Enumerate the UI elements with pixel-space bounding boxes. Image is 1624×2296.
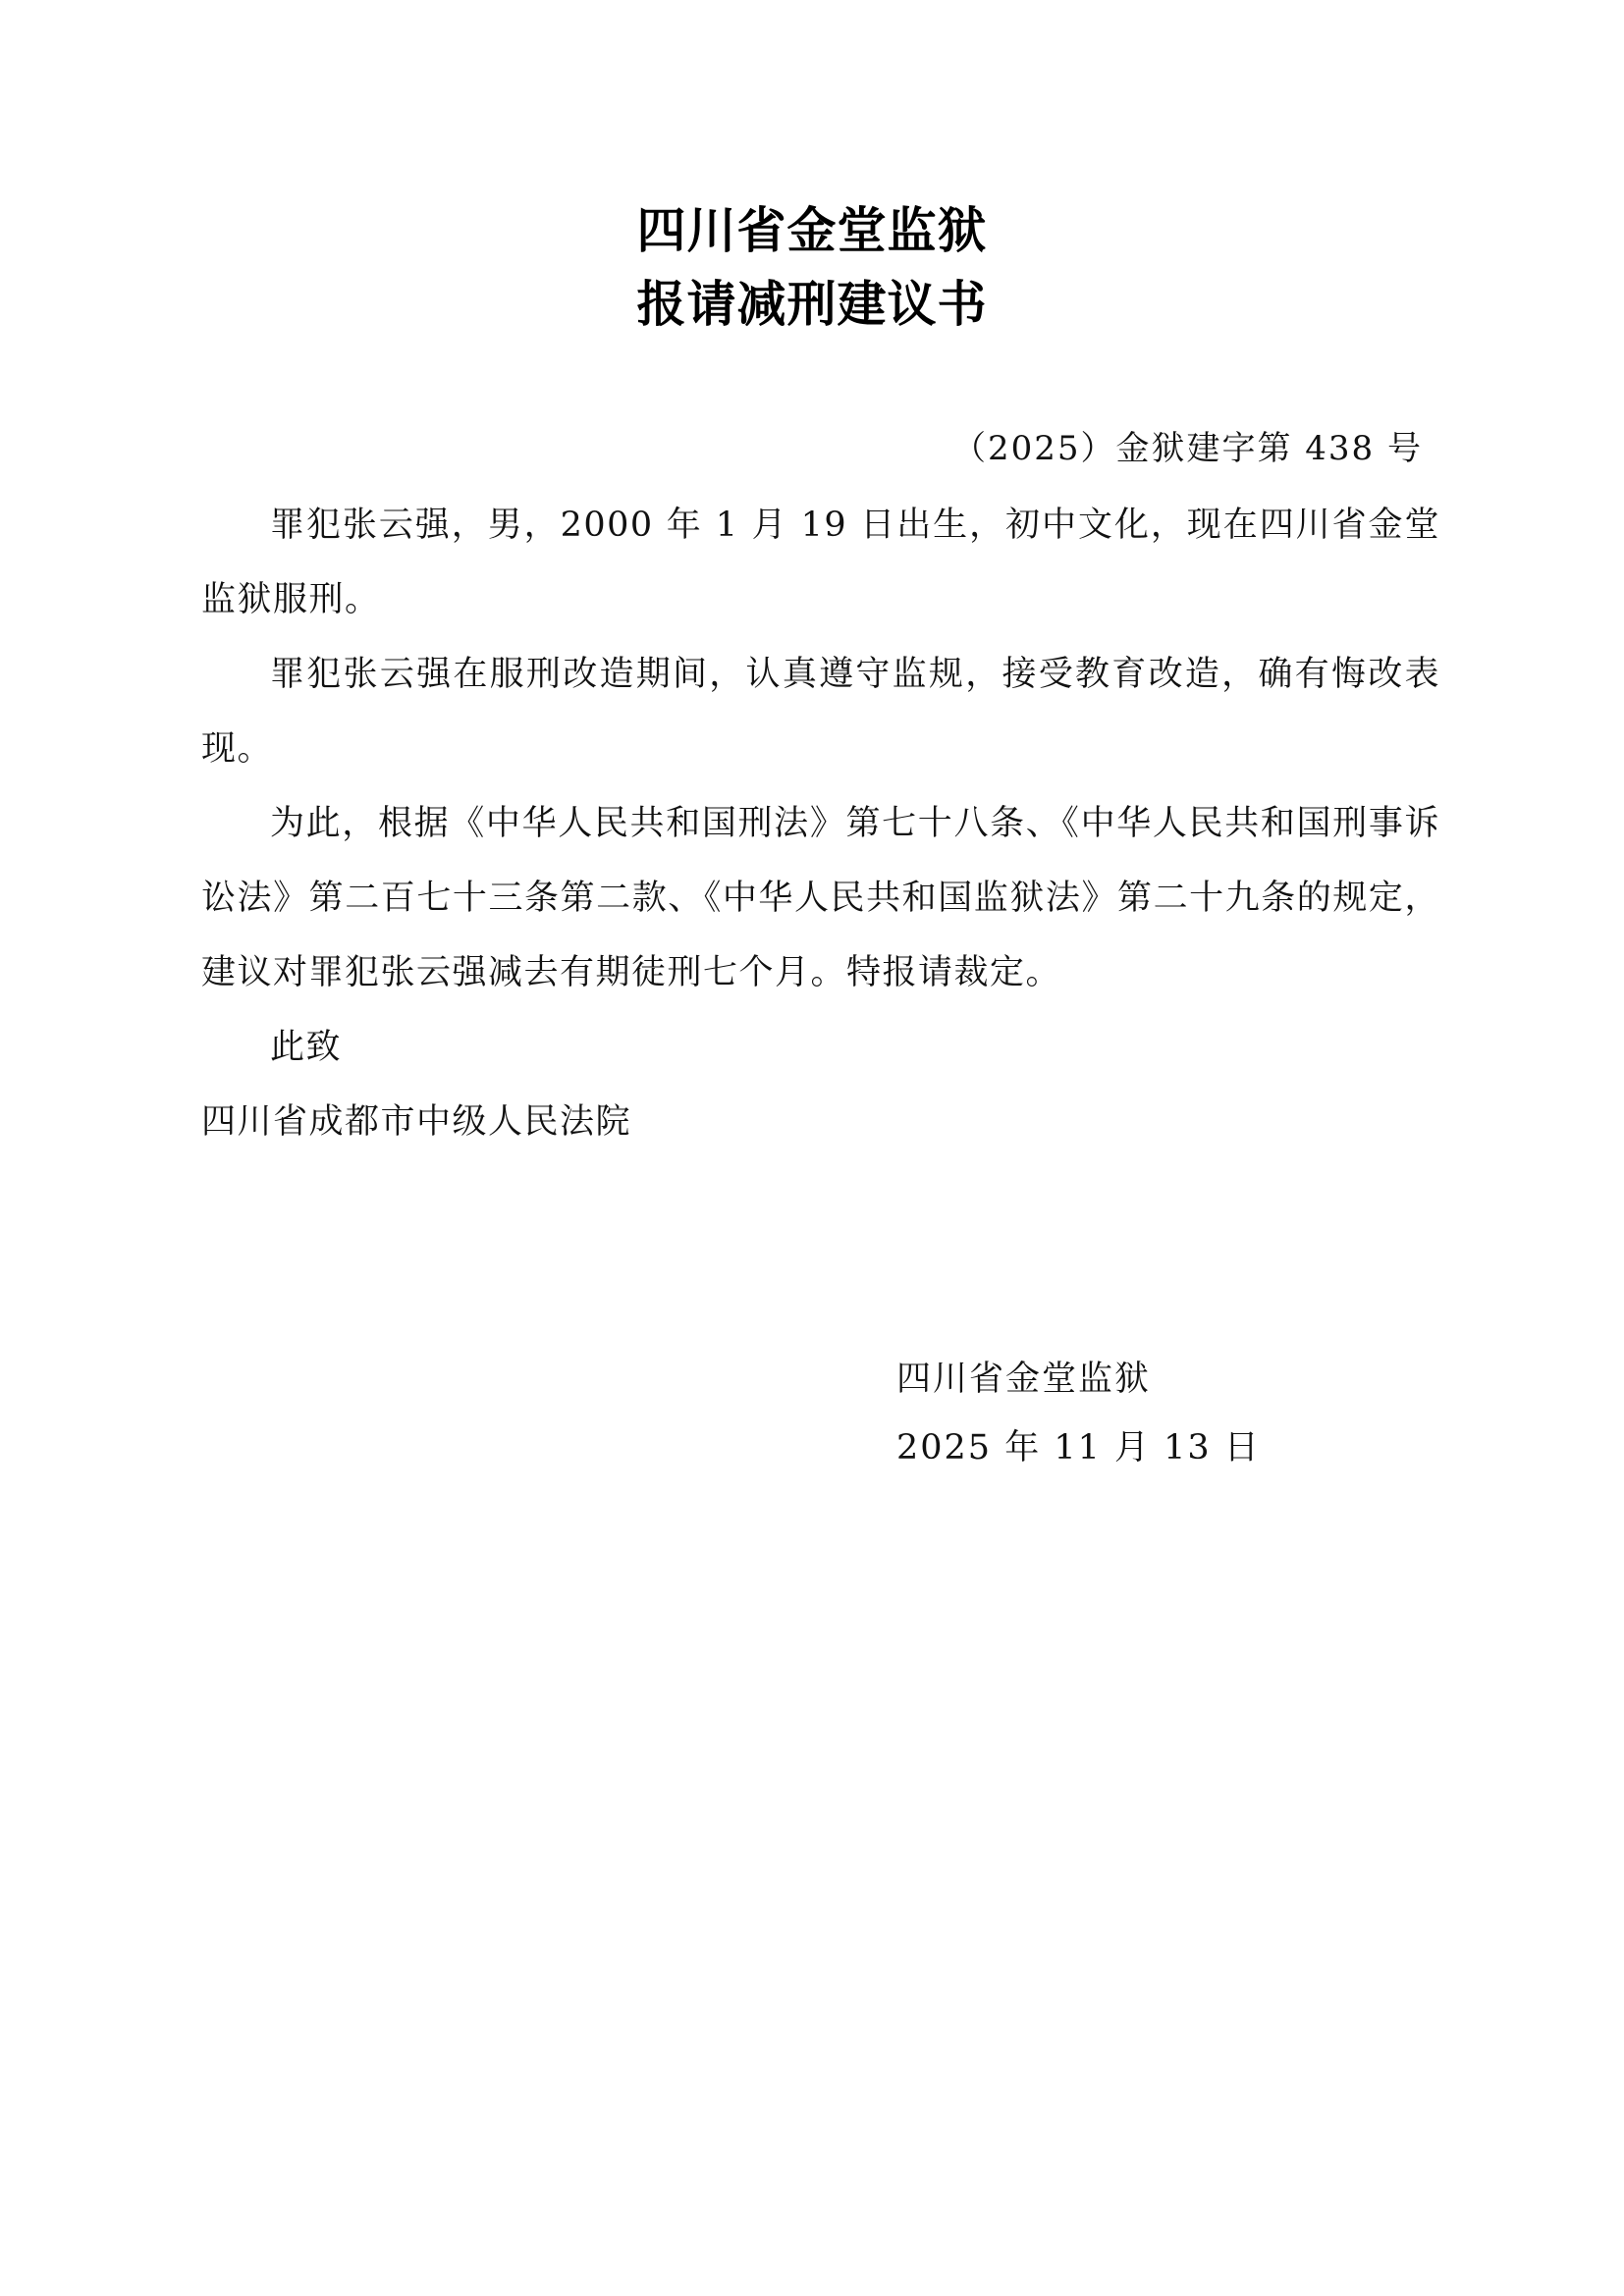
addressee: 四川省成都市中级人民法院 — [201, 1085, 1440, 1159]
closing-salutation: 此致 — [201, 1010, 1440, 1085]
document-page: 四川省金堂监狱 报请减刑建议书 （2025）金狱建字第 438 号 罪犯张云强，… — [0, 0, 1624, 2296]
title-line-2: 报请减刑建议书 — [0, 275, 1624, 334]
signature-date: 2025 年 11 月 13 日 — [896, 1414, 1261, 1482]
document-body: 罪犯张云强，男，2000 年 1 月 19 日出生，初中文化，现在四川省金堂监狱… — [201, 488, 1440, 1159]
title-line-1: 四川省金堂监狱 — [0, 201, 1624, 260]
document-number: （2025）金狱建字第 438 号 — [952, 424, 1423, 473]
signature-organization: 四川省金堂监狱 — [896, 1345, 1151, 1414]
paragraph-conduct: 罪犯张云强在服刑改造期间，认真遵守监规，接受教育改造，确有悔改表现。 — [201, 637, 1440, 786]
paragraph-inmate-info: 罪犯张云强，男，2000 年 1 月 19 日出生，初中文化，现在四川省金堂监狱… — [201, 488, 1440, 637]
paragraph-legal-basis: 为此，根据《中华人民共和国刑法》第七十八条、《中华人民共和国刑事诉讼法》第二百七… — [201, 786, 1440, 1010]
